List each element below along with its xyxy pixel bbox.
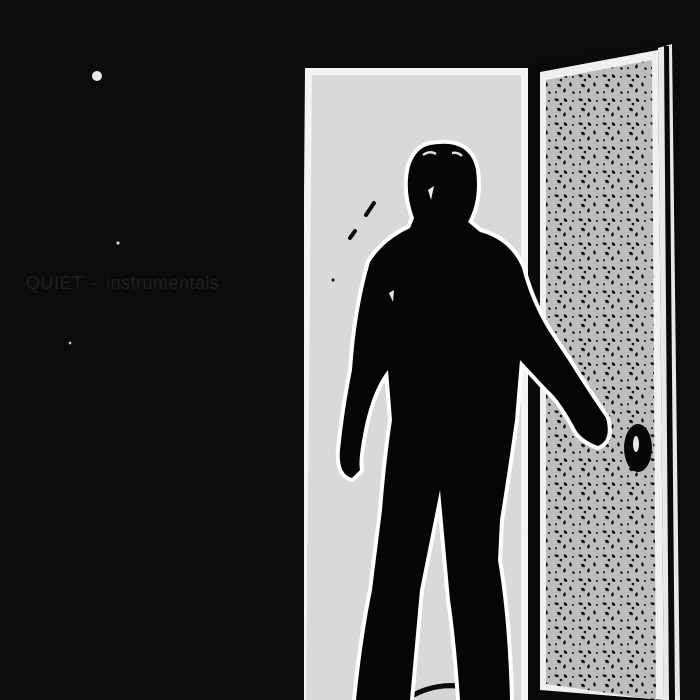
door-frame-left: [298, 66, 304, 700]
cover-caption: QUIET-instrumentals: [26, 273, 220, 294]
star-large: [92, 71, 102, 81]
album-cover: QUIET-instrumentals: [0, 0, 700, 700]
cover-subtitle: instrumentals: [106, 273, 220, 294]
cover-artwork: [0, 0, 700, 700]
star-small: [69, 342, 72, 345]
cover-title: QUIET: [26, 273, 84, 294]
star-small: [116, 241, 119, 244]
caption-separator: -: [92, 273, 99, 294]
